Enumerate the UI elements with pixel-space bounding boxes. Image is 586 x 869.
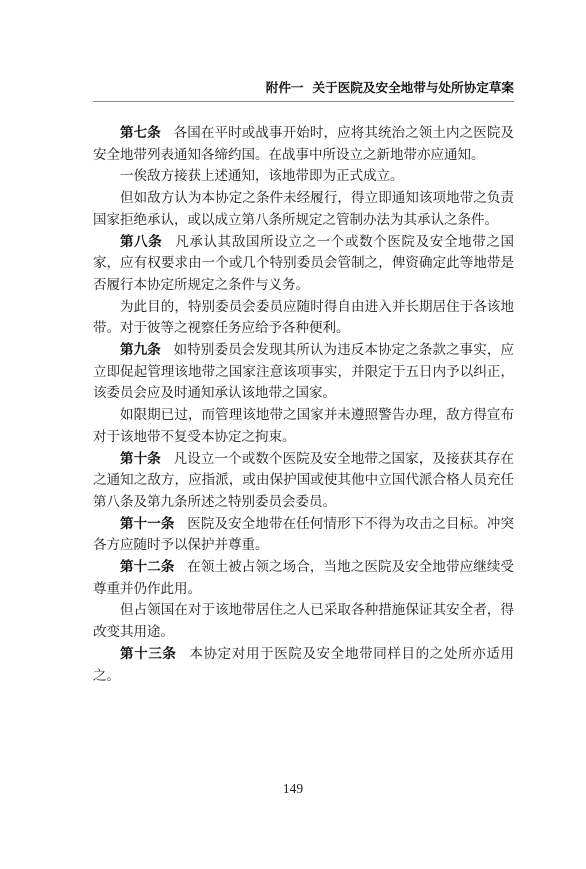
paragraph: 第八条凡承认其敌国所设立之一个或数个医院及安全地带之国家，应有权要求由一个或几个… — [93, 231, 514, 296]
paragraph: 但占领国在对于该地带居住之人已采取各种措施保证其安全者，得改变其用途。 — [93, 599, 514, 642]
article-number: 第十二条 — [120, 559, 174, 574]
paragraph: 第十三条本协定对用于医院及安全地带同样目的之处所亦适用之。 — [93, 643, 514, 686]
article-number: 第十一条 — [120, 516, 174, 531]
document-page: 附件一关于医院及安全地带与处所协定草案 第七条各国在平时或战事开始时，应将其统治… — [0, 0, 586, 869]
annex-label: 附件一 — [266, 81, 304, 95]
header-rule — [93, 101, 514, 102]
article-number: 第七条 — [120, 125, 161, 140]
paragraph: 但如敌方认为本协定之条件未经履行，得立即通知该项地带之负责国家拒绝承认，或以成立… — [93, 187, 514, 230]
document-body: 第七条各国在平时或战事开始时，应将其统治之领土内之医院及安全地带列表通知各缔约国… — [93, 122, 514, 686]
paragraph-text: 但占领国在对于该地带居住之人已采取各种措施保证其安全者，得改变其用途。 — [93, 602, 514, 639]
paragraph: 第七条各国在平时或战事开始时，应将其统治之领土内之医院及安全地带列表通知各缔约国… — [93, 122, 514, 165]
article-number: 第十三条 — [120, 646, 177, 661]
page-number: 149 — [0, 781, 586, 797]
paragraph-text: 一俟敌方接获上述通知，该地带即为正式成立。 — [120, 168, 404, 183]
header-title: 关于医院及安全地带与处所协定草案 — [313, 81, 515, 95]
paragraph-text: 为此目的，特别委员会委员应随时得自由进入并长期居住于各该地带。对于彼等之视察任务… — [93, 299, 514, 336]
page-content: 附件一关于医院及安全地带与处所协定草案 第七条各国在平时或战事开始时，应将其统治… — [93, 0, 514, 686]
paragraph: 第十条凡设立一个或数个医院及安全地带之国家，及接获其存在之通知之敌方，应指派，或… — [93, 448, 514, 513]
paragraph-text: 如限期已过，而管理该地带之国家并未遵照警告办理，敌方得宣布对于该地带不复受本协定… — [93, 407, 514, 444]
running-header: 附件一关于医院及安全地带与处所协定草案 — [93, 0, 514, 96]
article-number: 第十条 — [120, 451, 161, 466]
paragraph: 一俟敌方接获上述通知，该地带即为正式成立。 — [93, 165, 514, 187]
paragraph: 如限期已过，而管理该地带之国家并未遵照警告办理，敌方得宣布对于该地带不复受本协定… — [93, 404, 514, 447]
paragraph: 第九条如特别委员会发现其所认为违反本协定之条款之事实，应立即促起管理该地带之国家… — [93, 339, 514, 404]
paragraph: 为此目的，特别委员会委员应随时得自由进入并长期居住于各该地带。对于彼等之视察任务… — [93, 296, 514, 339]
paragraph-text: 但如敌方认为本协定之条件未经履行，得立即通知该项地带之负责国家拒绝承认，或以成立… — [93, 190, 514, 227]
article-number: 第九条 — [120, 342, 161, 357]
article-number: 第八条 — [120, 234, 162, 249]
paragraph: 第十一条医院及安全地带在任何情形下不得为攻击之目标。冲突各方应随时予以保护并尊重… — [93, 513, 514, 556]
paragraph: 第十二条在领土被占领之场合，当地之医院及安全地带应继续受尊重并仍作此用。 — [93, 556, 514, 599]
